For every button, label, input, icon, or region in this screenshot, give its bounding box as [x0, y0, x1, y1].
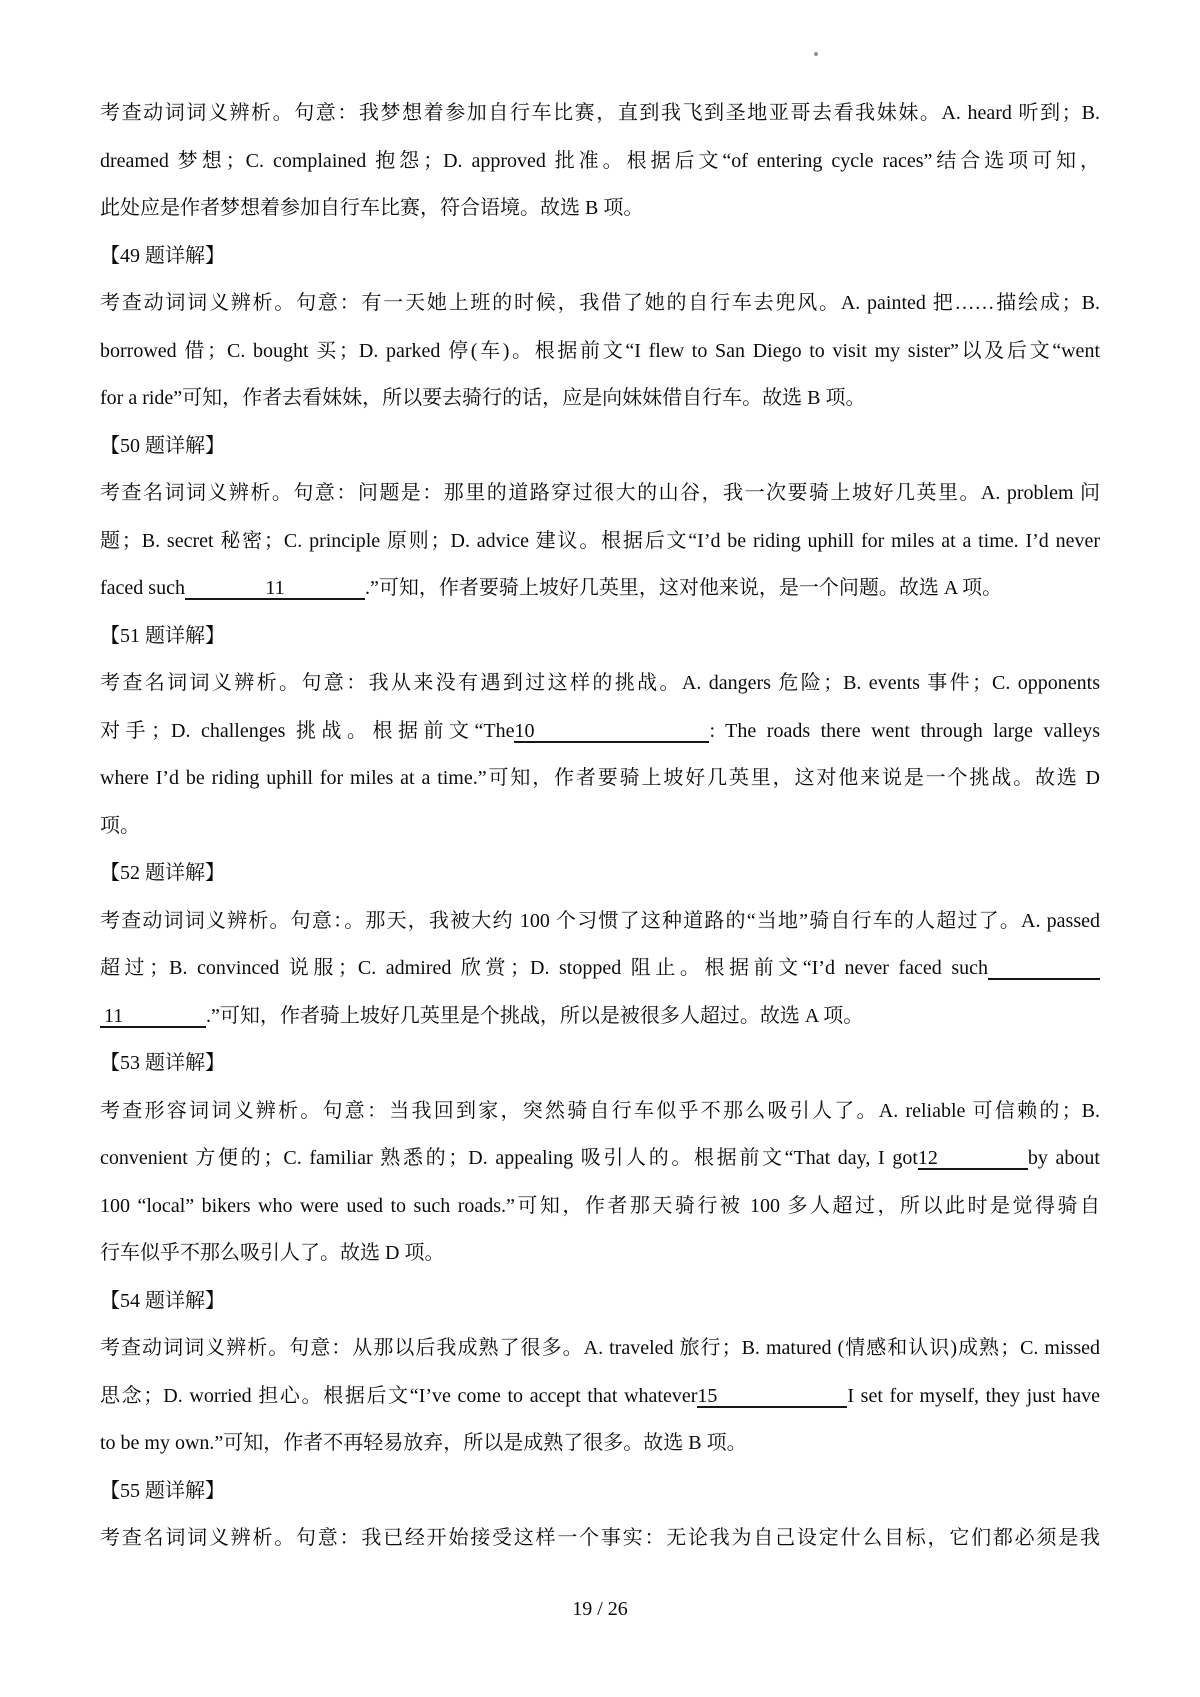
text-line-expl52-line2: 超过；B. convinced 说服；C. admired 欣赏；D. stop…: [100, 945, 1100, 993]
text-line-expl48-line2: dreamed 梦想；C. complained 抱怨；D. approved …: [100, 138, 1100, 186]
text-run: 考查名词词义辨析。句意：我已经开始接受这样一个事实：无论我为自己设定什么目标，它…: [100, 1527, 1100, 1549]
text-run: for a ride”可知，作者去看妹妹，所以要去骑行的话，应是向妹妹借自行车。…: [100, 387, 866, 409]
text-run: by about: [1028, 1147, 1100, 1169]
text-line-expl49-line2: borrowed 借；C. bought 买；D. parked 停(车)。根据…: [100, 328, 1100, 376]
text-run: 考查形容词词义辨析。句意：当我回到家，突然骑自行车似乎不那么吸引人了。A. re…: [100, 1100, 1100, 1122]
text-line-expl50-line2: 题；B. secret 秘密；C. principle 原则；D. advice…: [100, 518, 1100, 566]
text-run: 行车似乎不那么吸引人了。故选 D 项。: [100, 1242, 444, 1264]
answer-blank-10: 10: [514, 719, 709, 743]
text-run: .”可知，作者要骑上坡好几英里，这对他来说，是一个问题。故选 A 项。: [365, 577, 1002, 599]
text-run: 此处应是作者梦想着参加自行车比赛，符合语境。故选 B 项。: [100, 197, 643, 219]
text-run: 考查动词词义辨析。句意：。那天，我被大约 100 个习惯了这种道路的“当地”骑自…: [100, 910, 1100, 932]
document-body: 考查动词词义辨析。句意：我梦想着参加自行车比赛，直到我飞到圣地亚哥去看我妹妹。A…: [100, 90, 1100, 1563]
text-line-expl53-line4: 行车似乎不那么吸引人了。故选 D 项。: [100, 1230, 1100, 1278]
text-line-expl53-line3: 100 “local” bikers who were used to such…: [100, 1183, 1100, 1231]
text-line-expl53-line2: convenient 方便的；C. familiar 熟悉的；D. appeal…: [100, 1135, 1100, 1183]
text-run: 考查名词词义辨析。句意：问题是：那里的道路穿过很大的山谷，我一次要骑上坡好几英里…: [100, 482, 1100, 504]
text-line-expl48-line3: 此处应是作者梦想着参加自行车比赛，符合语境。故选 B 项。: [100, 185, 1100, 233]
text-run: 100 “local” bikers who were used to such…: [100, 1195, 1100, 1217]
text-run: convenient 方便的；C. familiar 熟悉的；D. appeal…: [100, 1147, 918, 1169]
text-line-expl49-line3: for a ride”可知，作者去看妹妹，所以要去骑行的话，应是向妹妹借自行车。…: [100, 375, 1100, 423]
text-line-expl53-line1: 考查形容词词义辨析。句意：当我回到家，突然骑自行车似乎不那么吸引人了。A. re…: [100, 1088, 1100, 1136]
text-run: borrowed 借；C. bought 买；D. parked 停(车)。根据…: [100, 340, 1100, 362]
heading-55: 【55 题详解】: [100, 1468, 1100, 1516]
text-line-expl51-line4: 项。: [100, 803, 1100, 851]
text-run: 对手；D. challenges 挑战。根据前文“The: [100, 720, 514, 742]
text-run: 项。: [100, 815, 140, 837]
text-run: 题；B. secret 秘密；C. principle 原则；D. advice…: [100, 530, 1100, 552]
text-line-expl48-line1: 考查动词词义辨析。句意：我梦想着参加自行车比赛，直到我飞到圣地亚哥去看我妹妹。A…: [100, 90, 1100, 138]
text-run: 思念；D. worried 担心。根据后文“I’ve come to accep…: [100, 1385, 697, 1407]
text-line-expl49-line1: 考查动词词义辨析。句意：有一天她上班的时候，我借了她的自行车去兜风。A. pai…: [100, 280, 1100, 328]
text-run: 超过；B. convinced 说服；C. admired 欣赏；D. stop…: [100, 957, 988, 979]
text-run: 考查动词词义辨析。句意：有一天她上班的时候，我借了她的自行车去兜风。A. pai…: [100, 292, 1100, 314]
text-run: 【49 题详解】: [100, 245, 225, 267]
text-line-expl54-line2: 思念；D. worried 担心。根据后文“I’ve come to accep…: [100, 1373, 1100, 1421]
text-run: .”可知，作者骑上坡好几英里是个挑战，所以是被很多人超过。故选 A 项。: [206, 1005, 863, 1027]
answer-blank-15: 15: [697, 1384, 847, 1408]
text-run: : The roads there went through large val…: [709, 720, 1100, 742]
text-line-expl52-line3: 11.”可知，作者骑上坡好几英里是个挑战，所以是被很多人超过。故选 A 项。: [100, 993, 1100, 1041]
heading-54: 【54 题详解】: [100, 1278, 1100, 1326]
text-line-expl50-line3: faced such11.”可知，作者要骑上坡好几英里，这对他来说，是一个问题。…: [100, 565, 1100, 613]
answer-blank-12: 12: [918, 1146, 1028, 1170]
text-run: faced such: [100, 577, 185, 599]
answer-blank: ​: [988, 956, 1100, 980]
text-run: 考查名词词义辨析。句意：我从来没有遇到过这样的挑战。A. dangers 危险；…: [100, 672, 1100, 694]
heading-52: 【52 题详解】: [100, 850, 1100, 898]
text-run: where I’d be riding uphill for miles at …: [100, 767, 1100, 789]
answer-blank-11: 11: [185, 576, 365, 600]
page-artifact-dot: [814, 52, 818, 56]
text-run: to be my own.”可知，作者不再轻易放弃，所以是成熟了很多。故选 B …: [100, 1432, 747, 1454]
text-line-expl51-line3: where I’d be riding uphill for miles at …: [100, 755, 1100, 803]
heading-50: 【50 题详解】: [100, 423, 1100, 471]
text-run: I set for myself, they just have: [847, 1385, 1100, 1407]
text-run: 【55 题详解】: [100, 1480, 225, 1502]
text-run: 【52 题详解】: [100, 862, 225, 884]
text-run: 【54 题详解】: [100, 1290, 225, 1312]
text-line-expl55-line1: 考查名词词义辨析。句意：我已经开始接受这样一个事实：无论我为自己设定什么目标，它…: [100, 1515, 1100, 1563]
text-line-expl54-line1: 考查动词词义辨析。句意：从那以后我成熟了很多。A. traveled 旅行；B.…: [100, 1325, 1100, 1373]
heading-51: 【51 题详解】: [100, 613, 1100, 661]
text-line-expl54-line3: to be my own.”可知，作者不再轻易放弃，所以是成熟了很多。故选 B …: [100, 1420, 1100, 1468]
text-line-expl52-line1: 考查动词词义辨析。句意：。那天，我被大约 100 个习惯了这种道路的“当地”骑自…: [100, 898, 1100, 946]
text-run: 【53 题详解】: [100, 1052, 225, 1074]
text-run: 【51 题详解】: [100, 625, 225, 647]
text-line-expl51-line2: 对手；D. challenges 挑战。根据前文“The10: The road…: [100, 708, 1100, 756]
text-run: 【50 题详解】: [100, 435, 225, 457]
text-line-expl51-line1: 考查名词词义辨析。句意：我从来没有遇到过这样的挑战。A. dangers 危险；…: [100, 660, 1100, 708]
answer-blank-11: 11: [100, 1004, 206, 1028]
heading-49: 【49 题详解】: [100, 233, 1100, 281]
text-run: 考查动词词义辨析。句意：我梦想着参加自行车比赛，直到我飞到圣地亚哥去看我妹妹。A…: [100, 102, 1100, 124]
text-run: 考查动词词义辨析。句意：从那以后我成熟了很多。A. traveled 旅行；B.…: [100, 1337, 1100, 1359]
heading-53: 【53 题详解】: [100, 1040, 1100, 1088]
text-run: dreamed 梦想；C. complained 抱怨；D. approved …: [100, 150, 1100, 172]
text-line-expl50-line1: 考查名词词义辨析。句意：问题是：那里的道路穿过很大的山谷，我一次要骑上坡好几英里…: [100, 470, 1100, 518]
page-number: 19 / 26: [0, 1598, 1200, 1621]
